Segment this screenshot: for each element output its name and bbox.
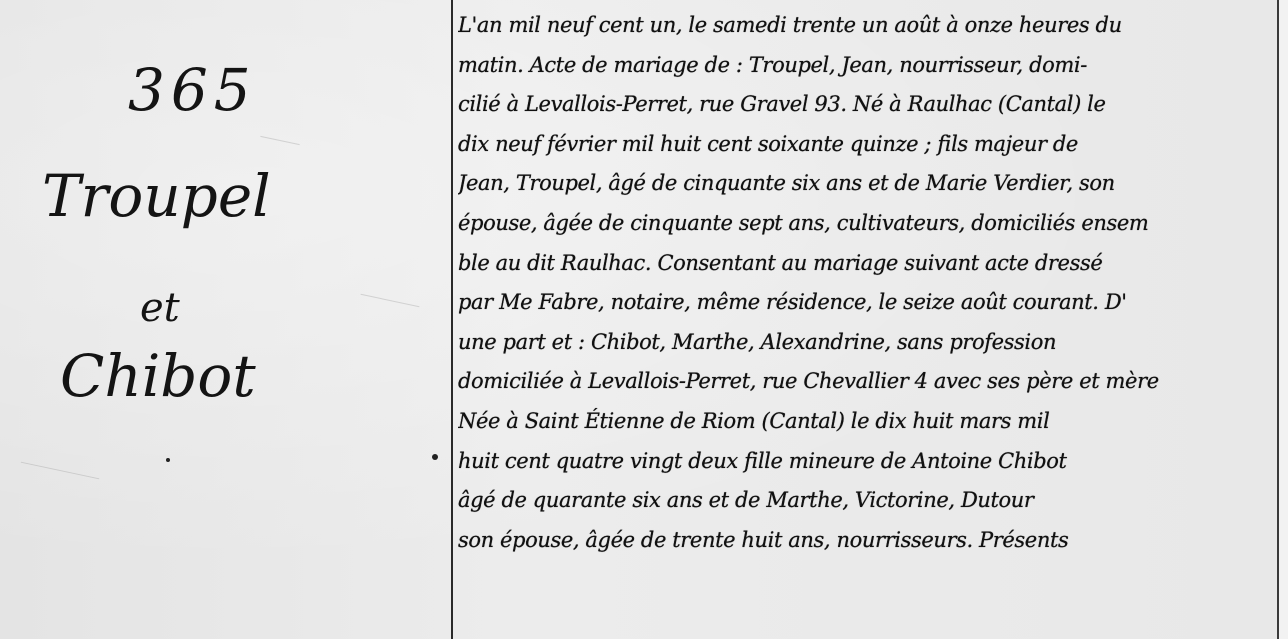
text-line: L'an mil neuf cent un, le samedi trente … (458, 6, 1273, 46)
text-line: une part et : Chibot, Marthe, Alexandrin… (458, 323, 1273, 363)
text-line: ble au dit Raulhac. Consentant au mariag… (458, 244, 1273, 284)
text-line: dix neuf février mil huit cent soixante … (458, 125, 1273, 165)
bride-surname: Chibot (60, 342, 256, 410)
faint-mark (361, 294, 420, 307)
ink-dot (432, 454, 438, 460)
text-line: son épouse, âgée de trente huit ans, nou… (458, 521, 1273, 561)
faint-mark (21, 462, 99, 480)
margin-rule-line (451, 0, 453, 639)
text-line: cilié à Levallois-Perret, rue Gravel 93.… (458, 85, 1273, 125)
groom-surname: Troupel (42, 162, 271, 230)
text-line: Jean, Troupel, âgé de cinquante six ans … (458, 164, 1273, 204)
text-line: matin. Acte de mariage de : Troupel, Jea… (458, 46, 1273, 86)
marriage-act-text: L'an mil neuf cent un, le samedi trente … (458, 6, 1273, 560)
text-line: domiciliée à Levallois-Perret, rue Cheva… (458, 362, 1273, 402)
text-line: huit cent quatre vingt deux fille mineur… (458, 442, 1273, 482)
text-line: Née à Saint Étienne de Riom (Cantal) le … (458, 402, 1273, 442)
text-line: par Me Fabre, notaire, même résidence, l… (458, 283, 1273, 323)
text-line: âgé de quarante six ans et de Marthe, Vi… (458, 481, 1273, 521)
faint-mark (260, 136, 299, 145)
register-page: 365 Troupel et Chibot L'an mil neuf cent… (0, 0, 1288, 639)
page-edge (1279, 0, 1288, 639)
ink-dot (166, 458, 170, 462)
text-line: épouse, âgée de cinquante sept ans, cult… (458, 204, 1273, 244)
margin-column: 365 Troupel et Chibot (0, 0, 452, 639)
margin-conjunction: et (140, 285, 180, 331)
entry-number: 365 (128, 56, 257, 124)
